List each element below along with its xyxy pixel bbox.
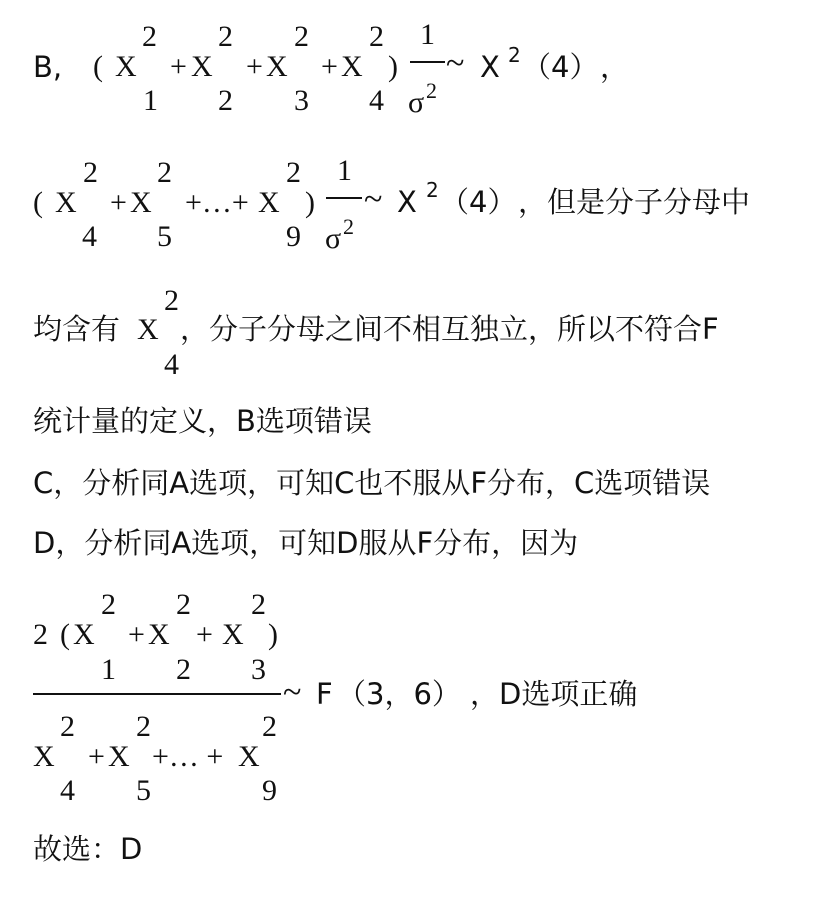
subscript: 4: [82, 222, 97, 252]
var-x: X: [55, 188, 77, 218]
degrees-of-freedom: （3，6）: [337, 680, 461, 709]
sigma-superscript: 2: [343, 216, 354, 238]
subscript: 3: [294, 86, 309, 116]
right-paren: ): [305, 188, 315, 218]
subscript: 1: [101, 655, 116, 685]
subscript: 2: [218, 86, 233, 116]
plus-op: +: [128, 620, 145, 650]
superscript: 2: [136, 712, 151, 742]
subscript: 9: [262, 776, 277, 806]
plus-op: +: [196, 620, 213, 650]
plus-op: +: [321, 52, 338, 82]
option-d-analysis: D，分析同A选项，可知D服从F分布，因为: [33, 529, 578, 558]
option-label-b: B,: [33, 53, 62, 82]
left-paren: (: [60, 620, 70, 650]
right-paren: ): [268, 620, 278, 650]
line-3-suffix: ，分子分母之间不相互独立，所以不符合F: [180, 315, 719, 344]
plus-op: +: [88, 742, 105, 772]
plus-op: +: [246, 52, 263, 82]
var-x: X: [266, 52, 288, 82]
plus-ellipsis-op: +…+: [185, 188, 249, 218]
subscript: 5: [157, 222, 172, 252]
subscript: 9: [286, 222, 301, 252]
chi-x: X: [397, 188, 417, 217]
right-paren: ): [388, 52, 398, 82]
left-paren: (: [33, 188, 43, 218]
final-answer: 故选：D: [33, 835, 142, 864]
superscript: 2: [60, 712, 75, 742]
fraction-numerator: 1: [337, 156, 352, 186]
var-x: X: [238, 742, 260, 772]
subscript: 3: [251, 655, 266, 685]
degrees-of-freedom: （4）: [440, 188, 516, 217]
superscript: 2: [218, 22, 233, 52]
var-x: X: [258, 188, 280, 218]
subscript: 4: [60, 776, 75, 806]
var-x: X: [33, 742, 55, 772]
subscript: 4: [164, 350, 179, 380]
fraction-bar: [326, 197, 362, 199]
tilde: ~: [283, 676, 301, 710]
subscript: 2: [176, 655, 191, 685]
var-x: X: [222, 620, 244, 650]
left-paren: (: [93, 52, 103, 82]
superscript: 2: [83, 158, 98, 188]
plus-ellipsis-op: +… +: [152, 742, 223, 772]
f-distribution: F: [316, 680, 333, 709]
var-x: X: [148, 620, 170, 650]
chi-x: X: [480, 53, 500, 82]
tilde: ~: [364, 183, 382, 217]
superscript: 2: [101, 590, 116, 620]
var-x: X: [108, 742, 130, 772]
sigma: σ: [325, 224, 341, 254]
degrees-of-freedom: （4）: [522, 53, 598, 82]
superscript: 2: [294, 22, 309, 52]
var-x: X: [341, 52, 363, 82]
comma: ，: [600, 53, 629, 82]
option-c-analysis: C，分析同A选项，可知C也不服从F分布，C选项错误: [33, 469, 710, 498]
var-x: X: [130, 188, 152, 218]
subscript: 5: [136, 776, 151, 806]
var-x: X: [115, 52, 137, 82]
superscript: 2: [176, 590, 191, 620]
sigma: σ: [408, 88, 424, 118]
var-x: X: [73, 620, 95, 650]
line-3-prefix: 均含有: [33, 315, 120, 344]
superscript: 2: [369, 22, 384, 52]
superscript: 2: [164, 286, 179, 316]
coefficient: 2: [33, 620, 48, 650]
option-d-conclusion: ，D选项正确: [470, 680, 637, 709]
chi-superscript: 2: [508, 45, 521, 65]
plus-op: +: [170, 52, 187, 82]
plus-op: +: [110, 188, 127, 218]
fraction-bar: [410, 61, 445, 63]
superscript: 2: [286, 158, 301, 188]
chi-superscript: 2: [426, 180, 439, 200]
superscript: 2: [142, 22, 157, 52]
var-x: X: [137, 315, 159, 345]
subscript: 1: [143, 86, 158, 116]
fraction-bar: [33, 693, 281, 695]
tilde: ~: [446, 47, 464, 81]
superscript: 2: [262, 712, 277, 742]
superscript: 2: [157, 158, 172, 188]
sigma-superscript: 2: [426, 80, 437, 102]
subscript: 4: [369, 86, 384, 116]
option-b-conclusion: 统计量的定义，B选项错误: [33, 407, 372, 436]
superscript: 2: [251, 590, 266, 620]
var-x: X: [191, 52, 213, 82]
line-2-text: ，但是分子分母中: [518, 188, 750, 217]
fraction-numerator: 1: [420, 20, 435, 50]
